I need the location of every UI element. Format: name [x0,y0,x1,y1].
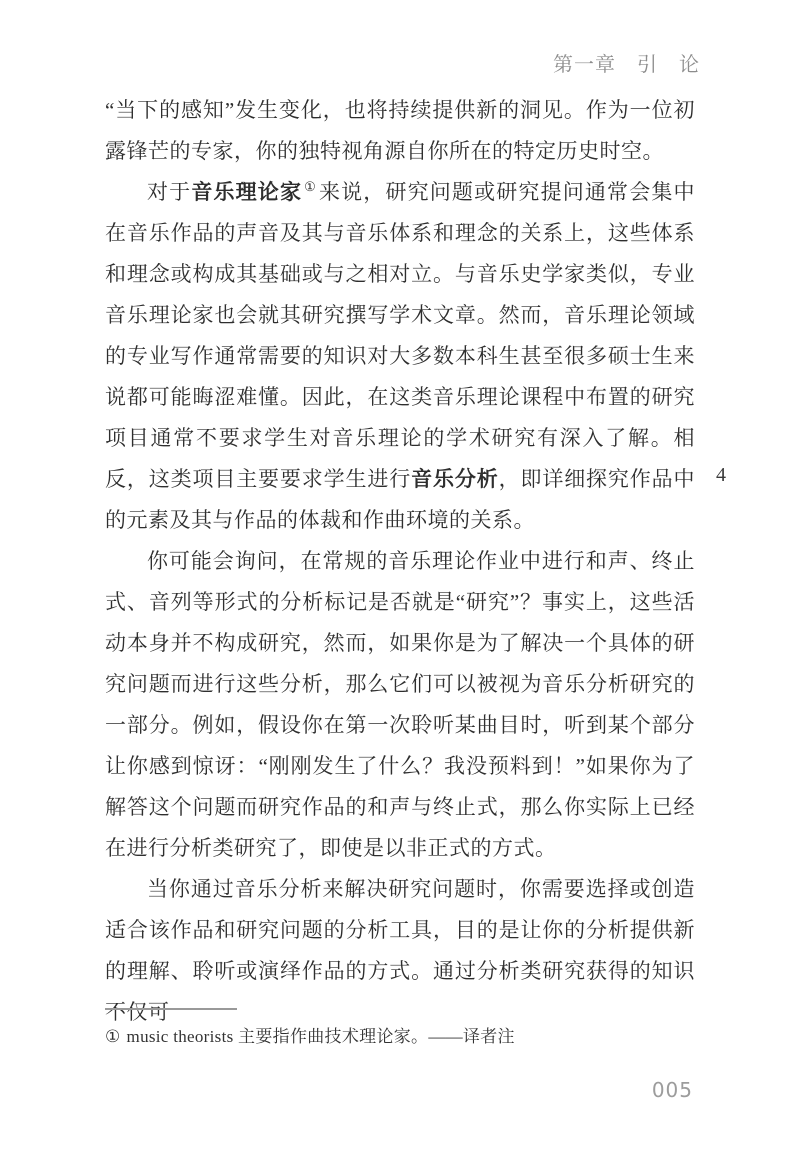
bold-term: 音乐理论家 [191,181,302,204]
footnote-reference-marker: ① [302,179,319,194]
footnote-marker: ① [105,1027,127,1046]
paragraph: “当下的感知”发生变化，也将持续提供新的洞见。作为一位初露锋芒的专家，你的独特视… [105,90,695,172]
footnote: ①music theorists 主要指作曲技术理论家。——译者注 [105,1008,695,1050]
paragraph-text: 你可能会询问，在常规的音乐理论作业中进行和声、终止式、音列等形式的分析标记是否就… [105,549,695,860]
paragraph-text: 当你通过音乐分析来解决研究问题时，你需要选择或创造适合该作品和研究问题的分析工具… [105,877,695,1024]
paragraph-text: “当下的感知”发生变化，也将持续提供新的洞见。作为一位初露锋芒的专家，你的独特视… [105,98,695,163]
page-number: 005 [652,1078,693,1102]
running-header: 第一章 引 论 [553,48,700,77]
book-page: 第一章 引 论 “当下的感知”发生变化，也将持续提供新的洞见。作为一位初露锋芒的… [0,0,800,1154]
footnote-text: ①music theorists 主要指作曲技术理论家。——译者注 [105,1024,695,1050]
footnote-body: music theorists 主要指作曲技术理论家。——译者注 [127,1027,515,1046]
footnote-divider [105,1008,237,1010]
margin-page-indicator: 4 [716,464,726,487]
bold-term: 音乐分析 [411,468,498,491]
paragraph-text: 来说，研究问题或研究提问通常会集中在音乐作品的声音及其与音乐体系和理念的关系上，… [105,180,695,491]
paragraph-text: 对于 [147,180,191,204]
paragraph: 你可能会询问，在常规的音乐理论作业中进行和声、终止式、音列等形式的分析标记是否就… [105,541,695,869]
body-text: “当下的感知”发生变化，也将持续提供新的洞见。作为一位初露锋芒的专家，你的独特视… [105,90,695,1033]
paragraph: 对于音乐理论家①来说，研究问题或研究提问通常会集中在音乐作品的声音及其与音乐体系… [105,172,695,541]
